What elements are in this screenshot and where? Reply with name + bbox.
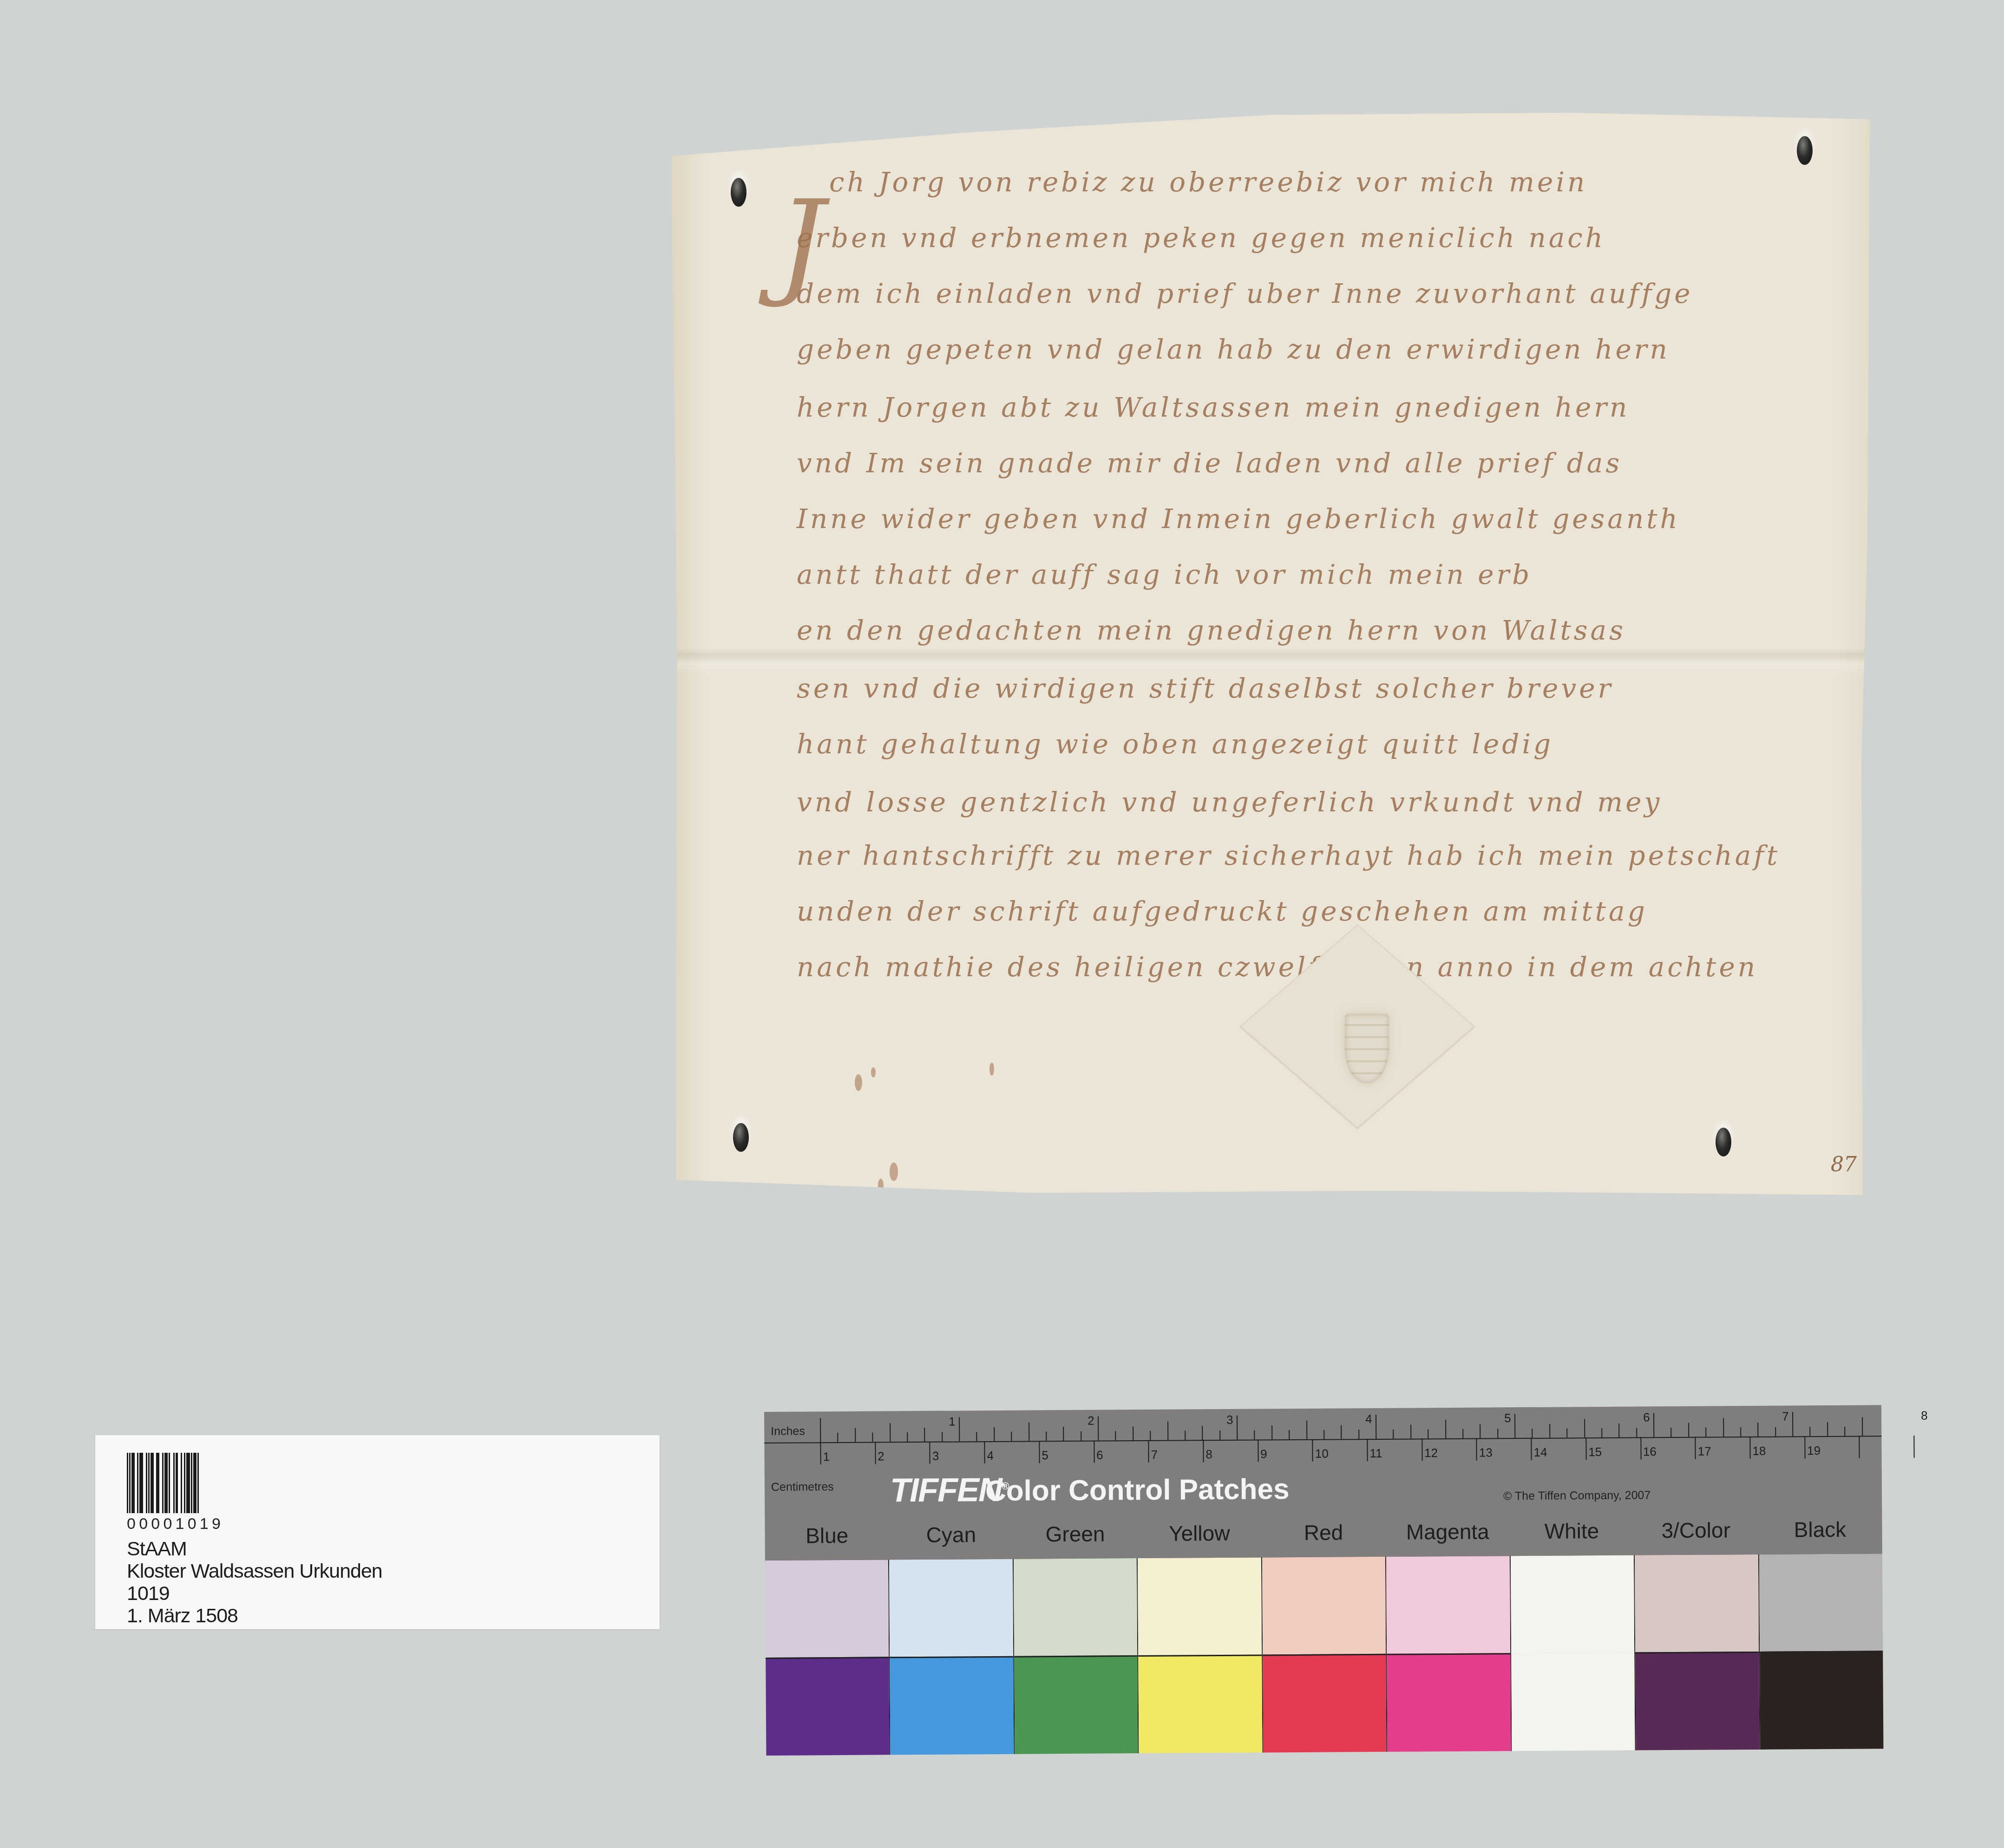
patch-label-red: Red <box>1261 1520 1386 1546</box>
cm-number: 8 <box>1205 1447 1212 1462</box>
barcode-digit: 0 <box>127 1515 136 1533</box>
cm-number: 5 <box>1041 1448 1048 1463</box>
inch-tick <box>820 1418 821 1442</box>
manuscript-line: geben gepeten vnd gelan hab zu den erwir… <box>797 333 1670 365</box>
inch-tick <box>976 1432 977 1441</box>
manuscript-line: dem ich einladen vnd prief uber Inne zuv… <box>797 278 1693 309</box>
dark-patch <box>1511 1653 1635 1751</box>
collection-name: Kloster Waldsassen Urkunden <box>127 1561 382 1581</box>
patch-column-3-color <box>1635 1554 1760 1750</box>
inch-tick <box>1636 1428 1637 1437</box>
cm-number: 2 <box>878 1449 884 1463</box>
archive-label-card: 00001019 StAAM Kloster Waldsassen Urkund… <box>95 1435 660 1629</box>
document-date: 1. März 1508 <box>127 1606 238 1626</box>
inch-tick <box>1046 1431 1047 1441</box>
cm-tick <box>1804 1436 1805 1458</box>
light-patch <box>1014 1558 1138 1656</box>
cm-number: 18 <box>1752 1444 1766 1458</box>
manuscript-line: en den gedachten mein gnedigen hern von … <box>797 614 1626 646</box>
barcode-digit: 0 <box>163 1515 172 1533</box>
inch-tick <box>1271 1425 1272 1439</box>
inch-tick <box>1341 1425 1342 1439</box>
barcode-bar <box>173 1453 175 1513</box>
inch-tick <box>1566 1428 1567 1437</box>
inch-tick <box>1723 1418 1724 1437</box>
inch-tick <box>1028 1423 1029 1441</box>
patch-label-magenta: Magenta <box>1386 1519 1510 1545</box>
manuscript-line: hant gehaltung wie oben angezeigt quitt … <box>797 728 1553 760</box>
barcode-bar <box>129 1453 131 1513</box>
archive-name: StAAM <box>127 1539 187 1559</box>
cm-tick <box>1203 1440 1204 1462</box>
barcode-bar <box>169 1453 170 1513</box>
cm-tick <box>820 1442 821 1464</box>
patch-column-black <box>1759 1554 1883 1750</box>
inch-tick <box>1323 1430 1324 1439</box>
manuscript-line: nach mathie des heiligen czwelfpotten an… <box>797 951 1758 983</box>
barcode-bar <box>162 1453 164 1513</box>
inch-tick <box>1289 1430 1290 1439</box>
inch-tick <box>1237 1416 1238 1440</box>
mounting-hole-icon <box>1797 136 1813 165</box>
inch-tick <box>942 1432 943 1442</box>
inch-tick <box>1202 1426 1203 1440</box>
ruler-divider <box>764 1436 1881 1443</box>
inches-label: Inches <box>771 1424 805 1438</box>
dark-patch <box>1139 1654 1263 1753</box>
mounting-hole-icon <box>731 178 747 207</box>
inch-tick <box>872 1433 873 1442</box>
inch-tick <box>1549 1424 1550 1438</box>
mounting-hole-icon <box>733 1123 749 1152</box>
inch-tick <box>1081 1431 1081 1441</box>
inch-number: 7 <box>1782 1410 1789 1424</box>
inch-number: 6 <box>1643 1410 1650 1424</box>
patch-column-green <box>1014 1558 1139 1754</box>
manuscript-line: unden der schrift aufgedruckt geschehen … <box>797 895 1648 927</box>
inch-tick <box>838 1433 838 1442</box>
cm-number: 9 <box>1260 1447 1267 1461</box>
inch-tick <box>1098 1417 1099 1441</box>
inch-tick <box>994 1427 995 1441</box>
inch-tick <box>1497 1429 1498 1438</box>
inch-number: 5 <box>1504 1411 1511 1425</box>
patch-column-blue <box>765 1560 891 1756</box>
dark-patch <box>1635 1651 1759 1750</box>
cm-tick <box>1859 1436 1860 1458</box>
light-patch <box>1511 1555 1635 1654</box>
cm-tick <box>1585 1437 1586 1460</box>
cm-tick <box>1749 1437 1750 1459</box>
barcode-bar <box>186 1453 190 1513</box>
mounting-hole-icon <box>1716 1128 1731 1156</box>
inch-number: 8 <box>1921 1409 1928 1423</box>
patch-label-black: Black <box>1758 1516 1882 1542</box>
inch-tick <box>1115 1431 1116 1440</box>
cm-tick <box>1039 1441 1040 1463</box>
barcode-bar <box>148 1453 150 1513</box>
barcode-digit: 9 <box>212 1515 221 1533</box>
patch-column-white <box>1511 1555 1636 1751</box>
inch-tick <box>1167 1422 1168 1440</box>
patch-label-cyan: Cyan <box>889 1522 1014 1548</box>
inch-tick <box>1688 1423 1689 1437</box>
manuscript-line: vnd Im sein gnade mir die laden vnd alle… <box>797 447 1622 479</box>
cm-tick <box>875 1442 876 1464</box>
barcode-digit: 0 <box>139 1515 148 1533</box>
seal-impression-icon <box>1345 1014 1389 1084</box>
inch-tick <box>1185 1430 1185 1440</box>
inch-tick <box>1618 1424 1619 1437</box>
light-patch <box>889 1559 1013 1657</box>
manuscript-line: ch Jorg von rebiz zu oberreebiz vor mich… <box>829 166 1587 198</box>
inch-tick <box>1827 1422 1828 1436</box>
inch-tick <box>1358 1430 1359 1439</box>
inch-tick <box>855 1428 856 1442</box>
cm-tick <box>1913 1436 1914 1458</box>
patch-column-yellow <box>1138 1557 1263 1753</box>
inch-tick <box>1757 1423 1758 1437</box>
dark-patch <box>1014 1655 1138 1754</box>
barcode-bar <box>191 1453 192 1513</box>
patch-label-green: Green <box>1013 1521 1138 1547</box>
chart-header: Inches Centimetres 123456781234567891011… <box>764 1405 1882 1562</box>
patch-column-magenta <box>1386 1556 1512 1752</box>
color-control-chart: Inches Centimetres 123456781234567891011… <box>764 1405 1883 1756</box>
barcode-bar <box>139 1453 143 1513</box>
cm-number: 19 <box>1807 1443 1821 1458</box>
color-patches <box>765 1554 1884 1756</box>
manuscript-line: antt thatt der auff sag ich vor mich mei… <box>797 559 1532 590</box>
inch-tick <box>1462 1429 1463 1438</box>
copyright-notice: © The Tiffen Company, 2007 <box>1503 1489 1650 1503</box>
light-patch <box>1262 1557 1386 1654</box>
barcode-number: 00001019 <box>127 1515 221 1533</box>
cm-tick <box>1094 1441 1094 1463</box>
light-patch <box>1138 1557 1262 1655</box>
manuscript-document: J ch Jorg von rebiz zu oberreebiz vor mi… <box>671 111 1870 1195</box>
inch-tick <box>1653 1413 1654 1437</box>
cm-tick <box>1148 1440 1149 1463</box>
cm-tick <box>1640 1437 1641 1459</box>
cm-tick <box>984 1441 985 1463</box>
cm-tick <box>1695 1437 1696 1459</box>
dark-patch <box>1263 1653 1387 1752</box>
barcode-digit: 1 <box>200 1515 209 1533</box>
cm-number: 15 <box>1588 1445 1602 1459</box>
barcode-bar <box>184 1453 185 1513</box>
inch-tick <box>907 1432 908 1442</box>
inch-tick <box>1063 1427 1064 1441</box>
cm-number: 6 <box>1096 1448 1103 1463</box>
document-number: 1019 <box>127 1584 170 1604</box>
cm-number: 17 <box>1698 1444 1711 1459</box>
cm-tick <box>930 1442 930 1464</box>
cm-tick <box>1312 1439 1313 1462</box>
barcode-icon <box>127 1453 200 1513</box>
inch-tick <box>1705 1428 1706 1437</box>
dark-patch <box>1387 1653 1511 1752</box>
light-patch <box>1635 1554 1759 1652</box>
inch-tick <box>1792 1412 1793 1436</box>
dark-patch <box>1760 1651 1884 1750</box>
barcode-bar <box>127 1453 128 1513</box>
cm-number: 11 <box>1369 1446 1382 1461</box>
patch-label-blue: Blue <box>765 1522 889 1548</box>
inch-tick <box>1584 1419 1585 1437</box>
inch-tick <box>1150 1431 1151 1440</box>
manuscript-line: Inne wider geben vnd Inmein geberlich gw… <box>797 503 1680 535</box>
inch-tick <box>1375 1415 1376 1439</box>
inch-tick <box>1480 1424 1480 1438</box>
folio-number: 87 <box>1831 1153 1857 1176</box>
barcode-bar <box>176 1453 178 1513</box>
barcode-bar <box>146 1453 147 1513</box>
cm-number: 12 <box>1424 1446 1438 1460</box>
inch-number: 4 <box>1365 1412 1372 1426</box>
patch-column-red <box>1262 1557 1388 1753</box>
inch-tick <box>1410 1424 1411 1438</box>
light-patch <box>1759 1554 1883 1651</box>
inch-tick <box>1775 1427 1776 1437</box>
cm-number: 1 <box>823 1450 830 1464</box>
light-patch <box>765 1560 889 1657</box>
ink-stain <box>871 1067 876 1077</box>
patch-labels: BlueCyanGreenYellowRedMagentaWhite3/Colo… <box>765 1516 1882 1548</box>
inch-tick <box>1011 1432 1012 1441</box>
barcode-bar <box>137 1453 138 1513</box>
inch-tick <box>890 1423 891 1442</box>
cm-number: 4 <box>987 1449 994 1463</box>
cm-tick <box>1531 1438 1532 1460</box>
inch-tick <box>924 1428 925 1442</box>
inch-tick <box>1844 1427 1845 1436</box>
cm-tick <box>1257 1440 1258 1462</box>
inch-tick <box>1428 1429 1428 1438</box>
patch-label-yellow: Yellow <box>1137 1520 1262 1546</box>
cm-number: 7 <box>1151 1448 1158 1462</box>
manuscript-line: ner hantschrifft zu merer sicherhayt hab… <box>797 840 1780 871</box>
barcode-bar <box>193 1453 196 1513</box>
patch-column-cyan <box>889 1559 1015 1755</box>
inch-tick <box>1514 1414 1515 1438</box>
dark-patch <box>890 1656 1014 1755</box>
barcode-bar <box>151 1453 154 1513</box>
inch-tick <box>1532 1429 1533 1438</box>
light-patch <box>1386 1556 1510 1653</box>
cm-tick <box>1421 1438 1422 1461</box>
manuscript-line: sen vnd die wirdigen stift daselbst solc… <box>797 673 1613 704</box>
cm-tick <box>1367 1439 1368 1461</box>
inch-tick <box>959 1417 960 1441</box>
cm-number: 10 <box>1315 1447 1329 1461</box>
inch-tick <box>1254 1430 1255 1440</box>
inch-tick <box>1306 1421 1307 1439</box>
barcode-bar <box>156 1453 159 1513</box>
patch-label-white: White <box>1510 1518 1634 1544</box>
inch-tick <box>1671 1428 1672 1437</box>
inch-tick <box>1219 1430 1220 1440</box>
barcode-digit: 0 <box>188 1515 196 1533</box>
barcode-bar <box>197 1453 199 1513</box>
inch-number: 1 <box>949 1414 956 1429</box>
inch-tick <box>1393 1430 1394 1439</box>
barcode-bar <box>164 1453 168 1513</box>
barcode-digit: 0 <box>151 1515 160 1533</box>
inch-tick <box>1133 1426 1133 1440</box>
barcode-bar <box>131 1453 135 1513</box>
cm-tick <box>1476 1438 1477 1461</box>
inch-tick <box>1740 1427 1741 1437</box>
inch-number: 2 <box>1087 1414 1094 1428</box>
inch-tick <box>1810 1427 1811 1436</box>
inch-tick <box>1862 1417 1863 1436</box>
inch-tick <box>1601 1428 1602 1437</box>
dark-patch <box>766 1657 890 1756</box>
barcode-bar <box>181 1453 182 1513</box>
chart-title: Color Control Patches <box>985 1473 1290 1508</box>
cm-number: 13 <box>1479 1445 1493 1460</box>
ink-stain <box>878 1179 884 1192</box>
cm-number: 16 <box>1643 1444 1657 1459</box>
ink-stain <box>855 1074 862 1091</box>
barcode-digit: 1 <box>176 1515 184 1533</box>
ink-stain <box>989 1063 994 1076</box>
manuscript-line: hern Jorgen abt zu Waltsassen mein gnedi… <box>797 392 1630 423</box>
ruler-scale: 1234567812345678910111213141516171819 <box>764 1405 1881 1412</box>
manuscript-line: erben vnd erbnemen peken gegen meniclich… <box>797 222 1605 254</box>
centimetres-label: Centimetres <box>771 1480 834 1494</box>
manuscript-line: vnd losse gentzlich vnd ungeferlich vrku… <box>797 786 1662 818</box>
cm-number: 3 <box>932 1449 939 1463</box>
ink-stain <box>890 1162 898 1181</box>
cm-number: 14 <box>1534 1445 1547 1460</box>
inch-tick <box>1445 1420 1446 1438</box>
patch-label-3-color: 3/Color <box>1634 1517 1758 1543</box>
inch-number: 3 <box>1226 1413 1233 1427</box>
